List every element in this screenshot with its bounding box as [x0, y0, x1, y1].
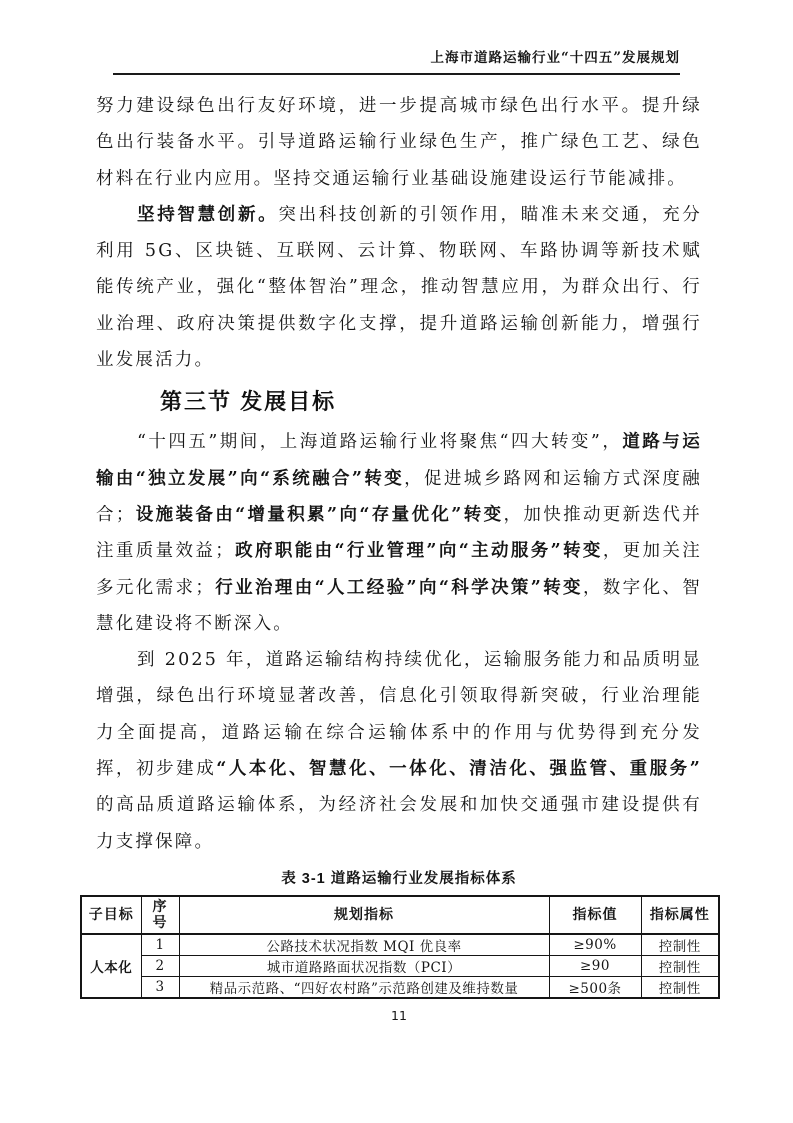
- page-footer: 11: [96, 1008, 702, 1023]
- indicator-attribute: 控制性: [641, 955, 719, 976]
- table-body: 人本化1公路技术状况指数 MQI 优良率≥90%控制性2城市道路路面状况指数（P…: [81, 934, 719, 998]
- header-title: 上海市道路运输行业“十四五”发展规划: [113, 46, 680, 66]
- table-header: 子目标序号规划指标指标值指标属性: [81, 896, 719, 934]
- table-header-row: 子目标序号规划指标指标值指标属性: [81, 896, 719, 934]
- body-text: 的高品质道路运输体系，为经济社会发展和加快交通强市建设提供有力支撑保障。: [96, 795, 702, 851]
- table-caption: 表 3-1 道路运输行业发展指标体系: [96, 867, 702, 888]
- indicator-name: 精品示范路、“四好农村路”示范路创建及维持数量: [179, 976, 549, 998]
- body-text: 努力建设绿色出行友好环境，进一步提高城市绿色出行水平。提升绿色出行装备水平。引导…: [96, 96, 702, 189]
- running-header: 上海市道路运输行业“十四五”发展规划: [96, 46, 702, 75]
- document-page: 上海市道路运输行业“十四五”发展规划 努力建设绿色出行友好环境，进一步提高城市绿…: [0, 0, 793, 1123]
- indicator-name: 城市道路路面状况指数（PCI）: [179, 955, 549, 976]
- indicator-value: ≥500条: [549, 976, 641, 998]
- indicator-value: ≥90%: [549, 934, 641, 956]
- indicator-table: 子目标序号规划指标指标值指标属性 人本化1公路技术状况指数 MQI 优良率≥90…: [80, 895, 720, 999]
- column-header: 指标值: [549, 896, 641, 934]
- emphasis-text: 坚持智慧创新。: [137, 205, 278, 225]
- column-header: 指标属性: [641, 896, 719, 934]
- row-number: 3: [141, 976, 179, 998]
- paragraph: 到 2025 年，道路运输结构持续优化，运输服务能力和品质明显增强，绿色出行环境…: [96, 642, 702, 860]
- document-body: 努力建设绿色出行友好环境，进一步提高城市绿色出行水平。提升绿色出行装备水平。引导…: [96, 75, 702, 999]
- paragraph: 努力建设绿色出行友好环境，进一步提高城市绿色出行水平。提升绿色出行装备水平。引导…: [96, 88, 702, 197]
- indicator-attribute: 控制性: [641, 934, 719, 956]
- column-header: 规划指标: [179, 896, 549, 934]
- paragraph: 坚持智慧创新。突出科技创新的引领作用，瞄准未来交通，充分利用 5G、区块链、互联…: [96, 197, 702, 378]
- indicator-attribute: 控制性: [641, 976, 719, 998]
- emphasis-text: 设施装备由“增量积累”向“存量优化”转变: [136, 505, 504, 525]
- indicator-value: ≥90: [549, 955, 641, 976]
- row-number: 1: [141, 934, 179, 956]
- group-cell: 人本化: [81, 934, 141, 998]
- table-row: 人本化1公路技术状况指数 MQI 优良率≥90%控制性: [81, 934, 719, 956]
- section-heading: 第三节 发展目标: [160, 385, 702, 416]
- table-row: 2城市道路路面状况指数（PCI）≥90控制性: [81, 955, 719, 976]
- header-rule: 上海市道路运输行业“十四五”发展规划: [113, 46, 680, 75]
- emphasis-text: 行业治理由“人工经验”向“科学决策”转变: [215, 578, 583, 598]
- body-text: “十四五”期间，上海道路运输行业将聚焦“四大转变”，: [137, 432, 622, 452]
- body-text: 突出科技创新的引领作用，瞄准未来交通，充分利用 5G、区块链、互联网、云计算、物…: [96, 205, 702, 370]
- indicator-name: 公路技术状况指数 MQI 优良率: [179, 934, 549, 956]
- body-paragraphs-bottom: “十四五”期间，上海道路运输行业将聚焦“四大转变”，道路与运输由“独立发展”向“…: [96, 424, 702, 860]
- column-header: 序号: [141, 896, 179, 934]
- table-row: 3精品示范路、“四好农村路”示范路创建及维持数量≥500条控制性: [81, 976, 719, 998]
- emphasis-text: 政府职能由“行业管理”向“主动服务”转变: [235, 541, 603, 561]
- row-number: 2: [141, 955, 179, 976]
- column-header: 子目标: [81, 896, 141, 934]
- emphasis-text: “人本化、智慧化、一体化、清洁化、强监管、重服务”: [216, 759, 702, 779]
- body-paragraphs-top: 努力建设绿色出行友好环境，进一步提高城市绿色出行水平。提升绿色出行装备水平。引导…: [96, 88, 702, 378]
- page-number: 11: [96, 1008, 702, 1023]
- paragraph: “十四五”期间，上海道路运输行业将聚焦“四大转变”，道路与运输由“独立发展”向“…: [96, 424, 702, 642]
